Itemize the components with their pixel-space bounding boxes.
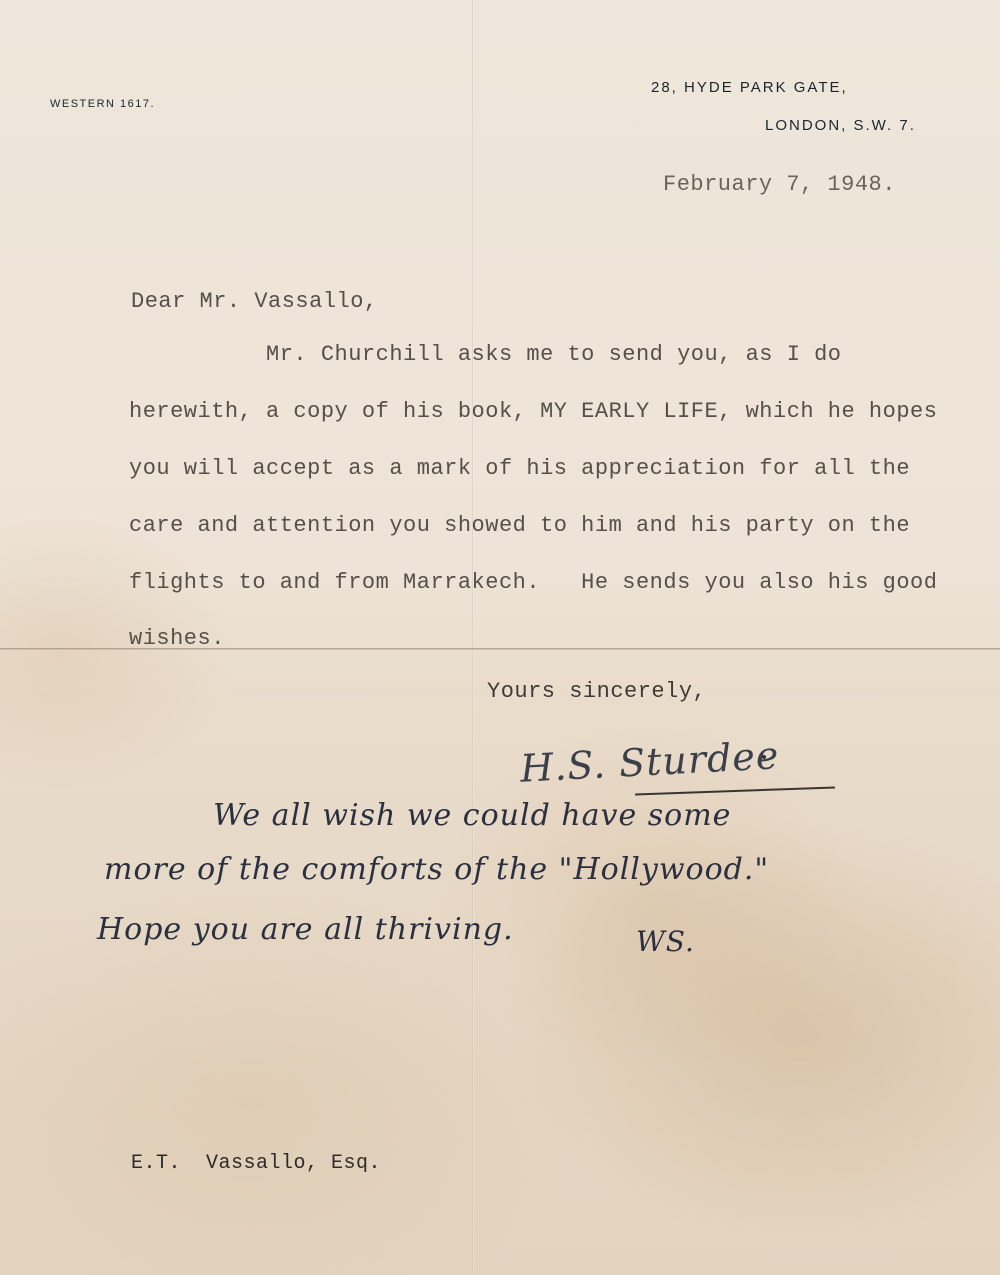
handwritten-line: We all wish we could have some <box>213 798 731 833</box>
body-line: Mr. Churchill asks me to send you, as I … <box>129 342 842 367</box>
vertical-fold-crease <box>472 0 474 1275</box>
body-line: you will accept as a mark of his appreci… <box>129 456 910 481</box>
handwritten-initials: WS. <box>636 925 695 958</box>
salutation: Dear Mr. Vassallo, <box>131 289 378 314</box>
handwritten-line: more of the comforts of the "Hollywood." <box>104 852 769 887</box>
handwritten-line: Hope you are all thriving. <box>97 912 514 947</box>
body-line: wishes. <box>129 626 225 651</box>
signature-dot <box>762 755 766 759</box>
letterhead-telephone: WESTERN 1617. <box>50 98 155 110</box>
body-line: flights to and from Marrakech. He sends … <box>129 570 937 595</box>
body-line: herewith, a copy of his book, MY EARLY L… <box>129 399 937 424</box>
letterhead-address-line2: LONDON, S.W. 7. <box>765 117 916 134</box>
body-line: care and attention you showed to him and… <box>129 513 910 538</box>
recipient-name: E.T. Vassallo, Esq. <box>131 1152 381 1175</box>
closing: Yours sincerely, <box>487 679 706 704</box>
letter-date: February 7, 1948. <box>663 172 896 197</box>
letterhead-address-line1: 28, HYDE PARK GATE, <box>651 79 848 96</box>
